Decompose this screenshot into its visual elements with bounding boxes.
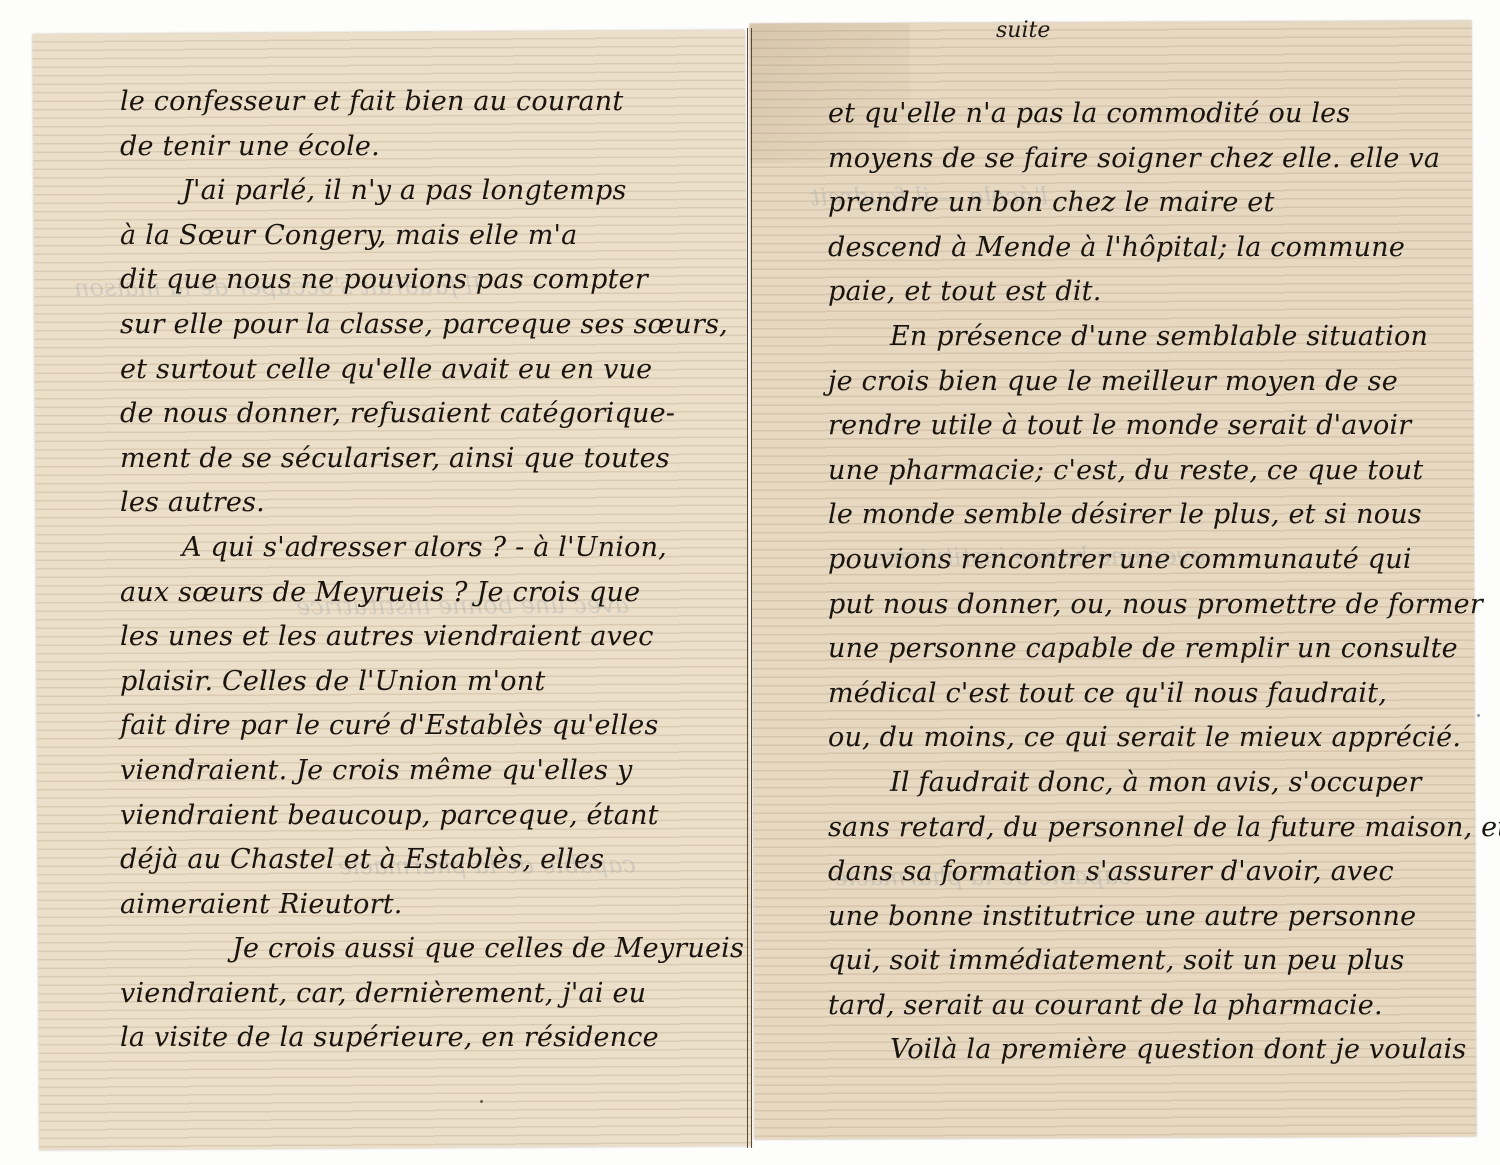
text-line: une personne capable de remplir un consu… xyxy=(820,627,1500,672)
text-line: le confesseur et fait bien au courant xyxy=(112,80,744,125)
ink-speck xyxy=(480,1100,483,1103)
text-line: paie, et tout est dit. xyxy=(820,270,1500,315)
header-note: suite xyxy=(996,18,1050,43)
text-line: le monde semble désirer le plus, et si n… xyxy=(820,493,1500,538)
text-line: viendraient beaucoup, parceque, étant xyxy=(112,794,744,839)
text-line: rendre utile à tout le monde serait d'av… xyxy=(820,404,1500,449)
text-line: aimeraient Rieutort. xyxy=(112,883,744,928)
text-line: ou, du moins, ce qui serait le mieux app… xyxy=(820,716,1500,761)
text-line: fait dire par le curé d'Establès qu'elle… xyxy=(112,704,744,749)
left-page-text: le confesseur et fait bien au courant de… xyxy=(112,80,744,1061)
text-line: viendraient, car, dernièrement, j'ai eu xyxy=(112,972,744,1017)
text-line: aux sœurs de Meyrueis ? Je crois que xyxy=(112,571,744,616)
text-line: la visite de la supérieure, en résidence xyxy=(112,1016,744,1061)
scanned-letter: Il faudrait s'occuper de la maison avec … xyxy=(0,0,1500,1165)
text-line: les unes et les autres viendraient avec xyxy=(112,615,744,660)
text-line: médical c'est tout ce qu'il nous faudrai… xyxy=(820,672,1500,717)
text-line: et qu'elle n'a pas la commodité ou les xyxy=(820,92,1500,137)
text-line: moyens de se faire soigner chez elle. el… xyxy=(820,137,1500,182)
text-line: les autres. xyxy=(112,481,744,526)
text-line: sans retard, du personnel de la future m… xyxy=(820,806,1500,851)
text-line: de tenir une école. xyxy=(112,125,744,170)
text-line: une pharmacie; c'est, du reste, ce que t… xyxy=(820,449,1500,494)
text-line: sur elle pour la classe, parceque ses sœ… xyxy=(112,303,744,348)
text-line: prendre un bon chez le maire et xyxy=(820,181,1500,226)
text-line: J'ai parlé, il n'y a pas longtemps xyxy=(112,169,744,214)
text-line: et surtout celle qu'elle avait eu en vue xyxy=(112,348,744,393)
text-line: plaisir. Celles de l'Union m'ont xyxy=(112,660,744,705)
text-line: à la Sœur Congery, mais elle m'a xyxy=(112,214,744,259)
text-line: ment de se séculariser, ainsi que toutes xyxy=(112,437,744,482)
text-line: viendraient. Je crois même qu'elles y xyxy=(112,749,744,794)
text-line: Je crois aussi que celles de Meyrueis xyxy=(112,927,744,972)
text-line: En présence d'une semblable situation xyxy=(820,315,1500,360)
text-line: qui, soit immédiatement, soit un peu plu… xyxy=(820,939,1500,984)
text-line: Il faudrait donc, à mon avis, s'occuper xyxy=(820,761,1500,806)
text-line: pouvions rencontrer une communauté qui xyxy=(820,538,1500,583)
text-line: de nous donner, refusaient catégorique- xyxy=(112,392,744,437)
text-line: Voilà la première question dont je voula… xyxy=(820,1028,1500,1073)
text-line: A qui s'adresser alors ? - à l'Union, xyxy=(112,526,744,571)
text-line: put nous donner, ou, nous promettre de f… xyxy=(820,583,1500,628)
text-line: descend à Mende à l'hôpital; la commune xyxy=(820,226,1500,271)
ink-speck xyxy=(1477,714,1480,717)
text-line: dit que nous ne pouvions pas compter xyxy=(112,258,744,303)
text-line: je crois bien que le meilleur moyen de s… xyxy=(820,360,1500,405)
text-line: tard, serait au courant de la pharmacie. xyxy=(820,984,1500,1029)
page-fold xyxy=(747,28,752,1148)
right-page-text: et qu'elle n'a pas la commodité ou les m… xyxy=(820,92,1500,1073)
text-line: déjà au Chastel et à Establès, elles xyxy=(112,838,744,883)
text-line: une bonne institutrice une autre personn… xyxy=(820,895,1500,940)
text-line: dans sa formation s'assurer d'avoir, ave… xyxy=(820,850,1500,895)
